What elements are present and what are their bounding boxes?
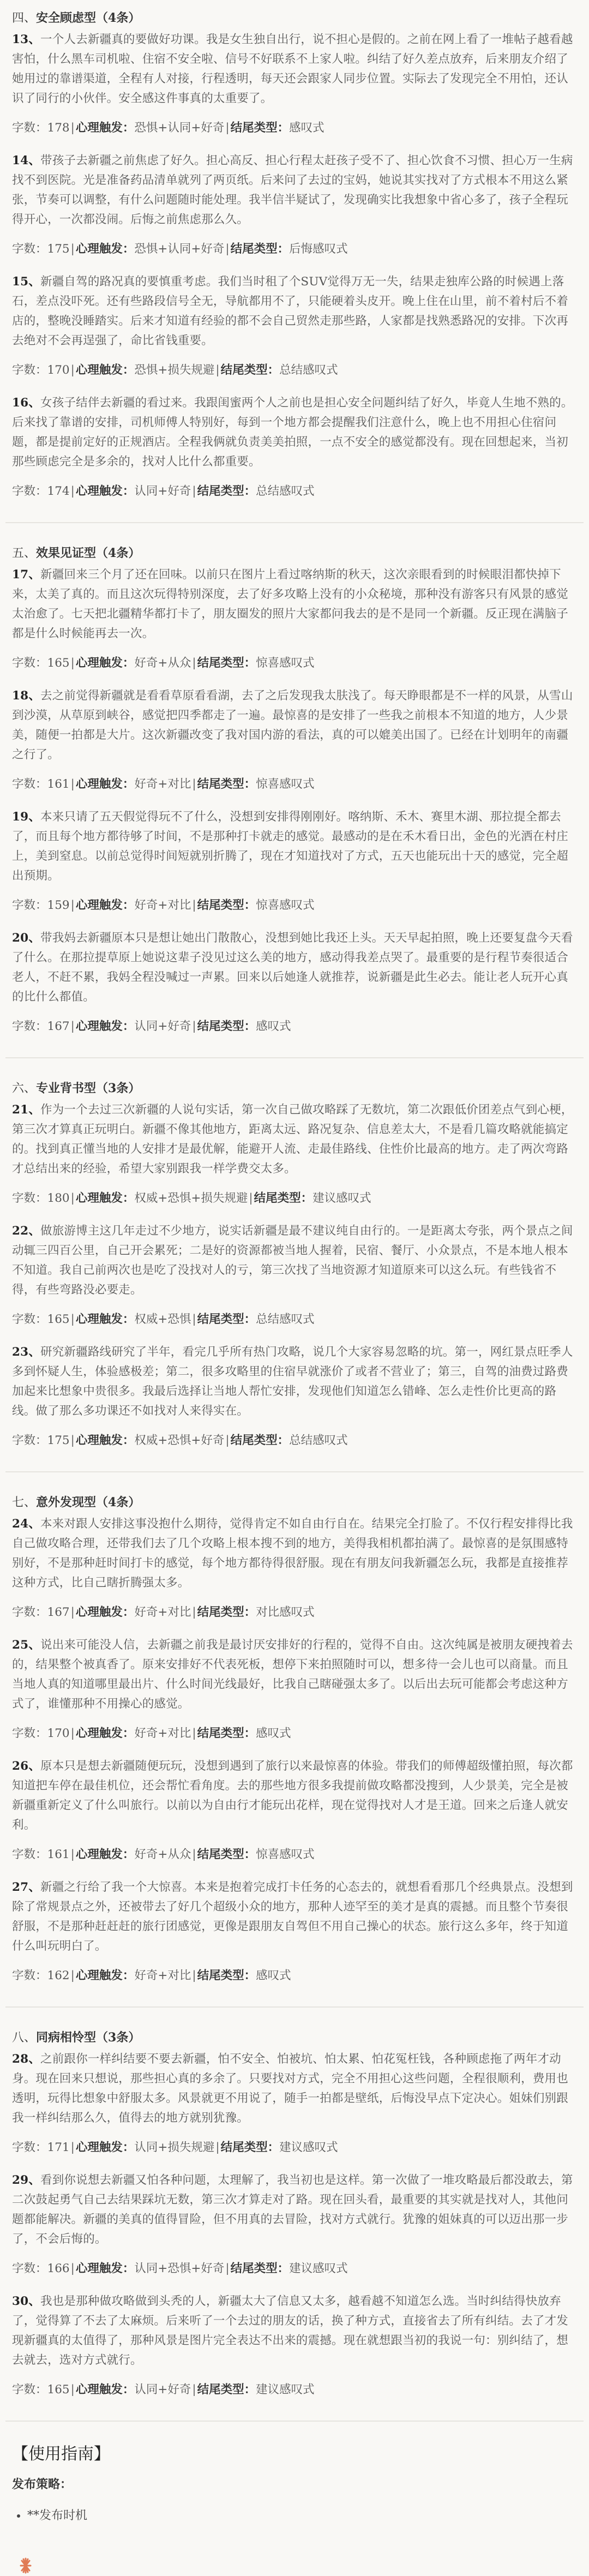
item-text: 作为一个去过三次新疆的人说句实话，第一次自己做攻略踩了无数坑，第二次跟低价团差点…: [12, 1103, 573, 1176]
item-body: 23、研究新疆路线研究了半年，看完几乎所有热门攻略，说几个大家容易忽略的坑。第一…: [12, 1343, 577, 1421]
item-body: 17、新疆回来三个月了还在回味。以前只在图片上看过喀纳斯的秋天，这次亲眼看到的时…: [12, 565, 577, 644]
word-count-label: 字数：: [12, 2141, 47, 2154]
trigger-value: 权威+恐惧+损失规避: [134, 1191, 248, 1205]
item-number: 21、: [12, 1103, 40, 1117]
ending-value: 后悔感叹式: [289, 242, 348, 256]
ending-value: 总结感叹式: [279, 363, 338, 377]
trigger-value: 好奇+对比: [134, 1605, 191, 1619]
copy-item: 16、女孩子结伴去新疆的看过来。我跟闺蜜两个人之前也是担心安全问题纠结了好久，毕…: [12, 393, 577, 501]
sparkle-icon: [20, 2557, 32, 2574]
item-text: 做旅游博主这几年走过不少地方，说实话新疆是最不建议纯自由行的。一是距离太夸张，两…: [12, 1224, 573, 1297]
item-meta: 字数：174|心理触发：认同+好奇|结尾类型：总结感叹式: [12, 482, 577, 501]
separator: |: [70, 2383, 76, 2397]
item-number: 28、: [12, 2052, 40, 2066]
trigger-label: 心理触发：: [76, 898, 135, 912]
item-text: 之前跟你一样纠结要不要去新疆，怕不安全、怕被坑、怕太累、怕花冤枉钱，各种顾虑拖了…: [12, 2052, 568, 2125]
separator: |: [191, 2383, 197, 2397]
item-number: 30、: [12, 2295, 40, 2308]
word-count-value: 165: [47, 2383, 70, 2397]
word-count-value: 167: [47, 1020, 70, 1033]
section-number: 七、: [12, 1496, 36, 1509]
trigger-value: 权威+恐惧: [134, 1313, 191, 1326]
item-text: 原本只是想去新疆随便玩玩，没想到遇到了旅行以来最惊喜的体验。带我们的师傅超级懂拍…: [12, 1759, 573, 1832]
item-text: 去之前觉得新疆就是看看草原看看湖，去了之后发现我太肤浅了。每天睁眼都是不一样的风…: [12, 689, 573, 762]
separator: |: [70, 363, 76, 377]
word-count-value: 162: [47, 1969, 70, 1982]
item-text: 说出来可能没人信，去新疆之前我是最讨厌安排好的行程的，觉得不自由。这次纯属是被朋…: [12, 1638, 573, 1711]
trigger-value: 认同+好奇: [134, 1020, 191, 1033]
ending-label: 结尾类型：: [231, 2262, 290, 2275]
item-text: 本来对跟人安排这事没抱什么期待，觉得肯定不如自由行自在。结果完全打脸了。不仅行程…: [12, 1517, 573, 1590]
section: 六、专业背书型（3条） 21、作为一个去过三次新疆的人说句实话，第一次自己做攻略…: [0, 1080, 589, 1451]
guide-title: 【使用指南】: [12, 2443, 577, 2465]
ending-label: 结尾类型：: [221, 363, 280, 377]
separator: |: [191, 898, 197, 912]
ending-label: 结尾类型：: [197, 656, 256, 670]
separator: |: [70, 1020, 76, 1033]
item-meta: 字数：161|心理触发：好奇+从众|结尾类型：惊喜感叹式: [12, 1845, 577, 1865]
separator: |: [70, 2141, 76, 2154]
word-count-value: 167: [47, 1605, 70, 1619]
word-count-label: 字数：: [12, 1434, 47, 1447]
item-number: 26、: [12, 1759, 40, 1773]
section: 八、同病相怜型（3条） 28、之前跟你一样纠结要不要去新疆，怕不安全、怕被坑、怕…: [0, 2029, 589, 2400]
section-number: 四、: [12, 11, 36, 25]
word-count-value: 170: [47, 363, 70, 377]
section-number: 五、: [12, 547, 36, 560]
item-text: 带孩子去新疆之前焦虑了好久。担心高反、担心行程太赶孩子受不了、担心饮食不习惯、担…: [12, 154, 573, 226]
separator: |: [70, 242, 76, 256]
item-number: 14、: [12, 154, 40, 167]
separator: |: [191, 1020, 197, 1033]
word-count-value: 165: [47, 656, 70, 670]
word-count-label: 字数：: [12, 898, 47, 912]
section-divider: [5, 2421, 584, 2422]
separator: |: [214, 2141, 220, 2154]
ending-label: 结尾类型：: [231, 1434, 290, 1447]
copy-item: 29、看到你说想去新疆又怕各种问题，太理解了，我当初也是这样。第一次做了一堆攻略…: [12, 2171, 577, 2279]
ending-value: 总结感叹式: [256, 484, 315, 498]
item-number: 20、: [12, 931, 40, 945]
word-count-label: 字数：: [12, 1191, 47, 1205]
trigger-value: 权威+恐惧+好奇: [134, 1434, 224, 1447]
guide-subtitle: 发布策略：: [12, 2475, 577, 2492]
item-meta: 字数：165|心理触发：认同+好奇|结尾类型：建议感叹式: [12, 2380, 577, 2400]
ending-label: 结尾类型：: [197, 1313, 256, 1326]
ending-label: 结尾类型：: [221, 2141, 280, 2154]
separator: |: [224, 121, 230, 135]
item-meta: 字数：167|心理触发：认同+好奇|结尾类型：感叹式: [12, 1017, 577, 1037]
word-count-label: 字数：: [12, 1969, 47, 1982]
item-text: 研究新疆路线研究了半年，看完几乎所有热门攻略，说几个大家容易忽略的坑。第一，网红…: [12, 1345, 573, 1418]
ending-value: 感叹式: [289, 121, 324, 135]
trigger-value: 好奇+从众: [134, 1848, 191, 1861]
section-divider: [5, 1471, 584, 1472]
trigger-value: 认同+损失规避: [134, 2141, 214, 2154]
word-count-value: 165: [47, 1313, 70, 1326]
section-number: 六、: [12, 1082, 36, 1095]
section: 四、安全顾虑型（4条） 13、一个人去新疆真的要做好功课。我是女生独自出行，说不…: [0, 10, 589, 501]
ending-value: 对比感叹式: [256, 1605, 315, 1619]
ending-value: 感叹式: [256, 1969, 291, 1982]
word-count-value: 161: [47, 1848, 70, 1861]
separator: |: [248, 1191, 254, 1205]
item-meta: 字数：170|心理触发：好奇+对比|结尾类型：感叹式: [12, 1724, 577, 1744]
ending-value: 惊喜感叹式: [256, 777, 315, 791]
item-number: 15、: [12, 275, 40, 289]
copy-item: 15、新疆自驾的路况真的要慎重考虑。我们当时租了个SUV觉得万无一失，结果走独库…: [12, 272, 577, 380]
ending-label: 结尾类型：: [197, 1848, 256, 1861]
word-count-value: 175: [47, 1434, 70, 1447]
separator: |: [224, 2262, 230, 2275]
ending-value: 建议感叹式: [256, 2383, 315, 2397]
trigger-label: 心理触发：: [76, 656, 135, 670]
copy-item: 22、做旅游博主这几年走过不少地方，说实话新疆是最不建议纯自由行的。一是距离太夸…: [12, 1221, 577, 1329]
usage-guide: 【使用指南】 发布策略： **发布时机: [0, 2443, 589, 2574]
item-meta: 字数：175|心理触发：权威+恐惧+好奇|结尾类型：总结感叹式: [12, 1431, 577, 1451]
word-count-label: 字数：: [12, 2262, 47, 2275]
ending-value: 感叹式: [256, 1727, 291, 1740]
guide-list: **发布时机: [12, 2506, 577, 2526]
separator: |: [191, 1313, 197, 1326]
separator: |: [224, 242, 230, 256]
item-number: 24、: [12, 1517, 40, 1531]
section-title: 八、同病相怜型（3条）: [12, 2029, 577, 2046]
section-title: 六、专业背书型（3条）: [12, 1080, 577, 1097]
separator: |: [191, 484, 197, 498]
ending-value: 总结感叹式: [289, 1434, 348, 1447]
ending-label: 结尾类型：: [197, 1020, 256, 1033]
word-count-value: 170: [47, 1727, 70, 1740]
word-count-label: 字数：: [12, 1020, 47, 1033]
separator: |: [70, 1727, 76, 1740]
trigger-label: 心理触发：: [76, 2141, 135, 2154]
copy-item: 18、去之前觉得新疆就是看看草原看看湖，去了之后发现我太肤浅了。每天睁眼都是不一…: [12, 686, 577, 794]
trigger-label: 心理触发：: [76, 484, 135, 498]
word-count-label: 字数：: [12, 656, 47, 670]
trigger-label: 心理触发：: [76, 1434, 135, 1447]
item-meta: 字数：180|心理触发：权威+恐惧+损失规避|结尾类型：建议感叹式: [12, 1189, 577, 1208]
ending-value: 感叹式: [256, 1020, 291, 1033]
copy-item: 17、新疆回来三个月了还在回味。以前只在图片上看过喀纳斯的秋天，这次亲眼看到的时…: [12, 565, 577, 673]
section-number: 八、: [12, 2031, 36, 2045]
item-body: 18、去之前觉得新疆就是看看草原看看湖，去了之后发现我太肤浅了。每天睁眼都是不一…: [12, 686, 577, 765]
item-number: 16、: [12, 396, 40, 410]
separator: |: [70, 1434, 76, 1447]
item-meta: 字数：165|心理触发：权威+恐惧|结尾类型：总结感叹式: [12, 1310, 577, 1329]
item-body: 15、新疆自驾的路况真的要慎重考虑。我们当时租了个SUV觉得万无一失，结果走独库…: [12, 272, 577, 351]
trigger-value: 恐惧+认同+好奇: [134, 121, 224, 135]
item-number: 13、: [12, 33, 40, 46]
item-text: 看到你说想去新疆又怕各种问题，太理解了，我当初也是这样。第一次做了一堆攻略最后都…: [12, 2173, 573, 2246]
word-count-value: 175: [47, 242, 70, 256]
item-body: 24、本来对跟人安排这事没抱什么期待，觉得肯定不如自由行自在。结果完全打脸了。不…: [12, 1514, 577, 1593]
item-meta: 字数：178|心理触发：恐惧+认同+好奇|结尾类型：感叹式: [12, 118, 577, 138]
copy-item: 20、带我妈去新疆原本只是想让她出门散散心，没想到她比我还上头。天天早起拍照，晚…: [12, 928, 577, 1037]
word-count-label: 字数：: [12, 2383, 47, 2397]
trigger-value: 认同+好奇: [134, 484, 191, 498]
word-count-value: 174: [47, 484, 70, 498]
separator: |: [191, 1848, 197, 1861]
item-meta: 字数：159|心理触发：好奇+对比|结尾类型：惊喜感叹式: [12, 896, 577, 915]
copy-item: 28、之前跟你一样纠结要不要去新疆，怕不安全、怕被坑、怕太累、怕花冤枉钱，各种顾…: [12, 2050, 577, 2158]
copy-item: 25、说出来可能没人信，去新疆之前我是最讨厌安排好的行程的，觉得不自由。这次纯属…: [12, 1636, 577, 1744]
item-meta: 字数：167|心理触发：好奇+对比|结尾类型：对比感叹式: [12, 1603, 577, 1622]
ending-label: 结尾类型：: [254, 1191, 313, 1205]
word-count-value: 178: [47, 121, 70, 135]
item-number: 17、: [12, 568, 40, 582]
separator: |: [70, 898, 76, 912]
separator: |: [70, 484, 76, 498]
item-body: 16、女孩子结伴去新疆的看过来。我跟闺蜜两个人之前也是担心安全问题纠结了好久，毕…: [12, 393, 577, 472]
item-text: 我也是那种做攻略做到头秃的人，新疆太大了信息又太多，越看越不知道怎么选。当时纠结…: [12, 2295, 568, 2367]
section-divider: [5, 522, 584, 523]
item-meta: 字数：166|心理触发：认同+恐惧+好奇|结尾类型：建议感叹式: [12, 2259, 577, 2279]
section-name: 同病相怜型（3条）: [36, 2030, 140, 2045]
item-text: 女孩子结伴去新疆的看过来。我跟闺蜜两个人之前也是担心安全问题纠结了好久，毕竟人生…: [12, 396, 573, 469]
word-count-label: 字数：: [12, 121, 47, 135]
ending-label: 结尾类型：: [231, 242, 290, 256]
trigger-label: 心理触发：: [76, 1020, 135, 1033]
item-number: 25、: [12, 1638, 40, 1652]
ending-value: 建议感叹式: [312, 1191, 371, 1205]
trigger-value: 好奇+对比: [134, 1969, 191, 1982]
trigger-value: 好奇+对比: [134, 1727, 191, 1740]
trigger-value: 恐惧+认同+好奇: [134, 242, 224, 256]
separator: |: [191, 1727, 197, 1740]
trigger-label: 心理触发：: [76, 2262, 135, 2275]
trigger-label: 心理触发：: [76, 1848, 135, 1861]
separator: |: [191, 1605, 197, 1619]
ending-label: 结尾类型：: [197, 1727, 256, 1740]
trigger-value: 好奇+对比: [134, 777, 191, 791]
item-body: 27、新疆之行给了我一个大惊喜。本来是抱着完成打卡任务的心态去的，就想看看那几个…: [12, 1878, 577, 1956]
item-body: 20、带我妈去新疆原本只是想让她出门散散心，没想到她比我还上头。天天早起拍照，晚…: [12, 928, 577, 1007]
item-body: 30、我也是那种做攻略做到头秃的人，新疆太大了信息又太多，越看越不知道怎么选。当…: [12, 2292, 577, 2370]
item-body: 28、之前跟你一样纠结要不要去新疆，怕不安全、怕被坑、怕太累、怕花冤枉钱，各种顾…: [12, 2050, 577, 2128]
word-count-value: 161: [47, 777, 70, 791]
item-body: 19、本来只请了五天假觉得玩不了什么，没想到安排得刚刚好。喀纳斯、禾木、赛里木湖…: [12, 807, 577, 886]
item-body: 22、做旅游博主这几年走过不少地方，说实话新疆是最不建议纯自由行的。一是距离太夸…: [12, 1221, 577, 1300]
trigger-label: 心理触发：: [76, 121, 135, 135]
section-title: 五、效果见证型（4条）: [12, 545, 577, 562]
separator: |: [70, 121, 76, 135]
item-body: 25、说出来可能没人信，去新疆之前我是最讨厌安排好的行程的，觉得不自由。这次纯属…: [12, 1636, 577, 1714]
item-body: 26、原本只是想去新疆随便玩玩，没想到遇到了旅行以来最惊喜的体验。带我们的师傅超…: [12, 1757, 577, 1835]
word-count-value: 180: [47, 1191, 70, 1205]
separator: |: [70, 1848, 76, 1861]
trigger-label: 心理触发：: [76, 1605, 135, 1619]
copy-item: 23、研究新疆路线研究了半年，看完几乎所有热门攻略，说几个大家容易忽略的坑。第一…: [12, 1343, 577, 1451]
copy-item: 26、原本只是想去新疆随便玩玩，没想到遇到了旅行以来最惊喜的体验。带我们的师傅超…: [12, 1757, 577, 1865]
trigger-value: 恐惧+损失规避: [134, 363, 214, 377]
word-count-label: 字数：: [12, 1727, 47, 1740]
ending-label: 结尾类型：: [197, 1605, 256, 1619]
item-number: 18、: [12, 689, 40, 703]
copy-item: 21、作为一个去过三次新疆的人说句实话，第一次自己做攻略踩了无数坑，第二次跟低价…: [12, 1100, 577, 1208]
separator: |: [70, 2262, 76, 2275]
item-number: 22、: [12, 1224, 40, 1238]
separator: |: [191, 777, 197, 791]
separator: |: [70, 1191, 76, 1205]
trigger-label: 心理触发：: [76, 777, 135, 791]
word-count-label: 字数：: [12, 1848, 47, 1861]
trigger-label: 心理触发：: [76, 1313, 135, 1326]
copy-item: 30、我也是那种做攻略做到头秃的人，新疆太大了信息又太多，越看越不知道怎么选。当…: [12, 2292, 577, 2400]
ending-label: 结尾类型：: [231, 121, 290, 135]
separator: |: [70, 1969, 76, 1982]
section-name: 效果见证型（4条）: [36, 546, 140, 560]
item-number: 23、: [12, 1345, 40, 1359]
trigger-value: 好奇+从众: [134, 656, 191, 670]
ending-value: 总结感叹式: [256, 1313, 315, 1326]
item-text: 新疆之行给了我一个大惊喜。本来是抱着完成打卡任务的心态去的，就想看看那几个经典景…: [12, 1880, 573, 1953]
word-count-label: 字数：: [12, 1313, 47, 1326]
item-text: 本来只请了五天假觉得玩不了什么，没想到安排得刚刚好。喀纳斯、禾木、赛里木湖、那拉…: [12, 810, 568, 883]
separator: |: [191, 1969, 197, 1982]
section-name: 安全顾虑型（4条）: [36, 11, 140, 25]
document: 四、安全顾虑型（4条） 13、一个人去新疆真的要做好功课。我是女生独自出行，说不…: [0, 0, 589, 2574]
separator: |: [224, 1434, 230, 1447]
separator: |: [191, 656, 197, 670]
copy-item: 14、带孩子去新疆之前焦虑了好久。担心高反、担心行程太赶孩子受不了、担心饮食不习…: [12, 151, 577, 259]
ending-label: 结尾类型：: [197, 777, 256, 791]
separator: |: [70, 1313, 76, 1326]
trigger-label: 心理触发：: [76, 1969, 135, 1982]
item-text: 新疆回来三个月了还在回味。以前只在图片上看过喀纳斯的秋天，这次亲眼看到的时候眼泪…: [12, 568, 568, 640]
item-meta: 字数：165|心理触发：好奇+从众|结尾类型：惊喜感叹式: [12, 654, 577, 673]
copy-item: 13、一个人去新疆真的要做好功课。我是女生独自出行，说不担心是假的。之前在网上看…: [12, 30, 577, 138]
trigger-label: 心理触发：: [76, 242, 135, 256]
guide-bullet: **发布时机: [27, 2506, 577, 2526]
separator: |: [70, 656, 76, 670]
word-count-label: 字数：: [12, 363, 47, 377]
word-count-value: 166: [47, 2262, 70, 2275]
ending-label: 结尾类型：: [197, 484, 256, 498]
trigger-value: 认同+好奇: [134, 2383, 191, 2397]
trigger-label: 心理触发：: [76, 1191, 135, 1205]
section-divider: [5, 2006, 584, 2008]
word-count-value: 171: [47, 2141, 70, 2154]
section-divider: [5, 1057, 584, 1058]
item-body: 29、看到你说想去新疆又怕各种问题，太理解了，我当初也是这样。第一次做了一堆攻略…: [12, 2171, 577, 2249]
copy-item: 27、新疆之行给了我一个大惊喜。本来是抱着完成打卡任务的心态去的，就想看看那几个…: [12, 1878, 577, 1986]
ending-value: 建议感叹式: [279, 2141, 338, 2154]
section: 五、效果见证型（4条） 17、新疆回来三个月了还在回味。以前只在图片上看过喀纳斯…: [0, 545, 589, 1037]
item-number: 27、: [12, 1880, 40, 1894]
section-name: 专业背书型（3条）: [36, 1081, 140, 1095]
ending-value: 惊喜感叹式: [256, 898, 315, 912]
ending-label: 结尾类型：: [197, 898, 256, 912]
item-meta: 字数：161|心理触发：好奇+对比|结尾类型：惊喜感叹式: [12, 775, 577, 794]
separator: |: [70, 777, 76, 791]
section: 七、意外发现型（4条） 24、本来对跟人安排这事没抱什么期待，觉得肯定不如自由行…: [0, 1494, 589, 1986]
separator: |: [214, 363, 220, 377]
word-count-label: 字数：: [12, 777, 47, 791]
word-count-value: 159: [47, 898, 70, 912]
copy-item: 19、本来只请了五天假觉得玩不了什么，没想到安排得刚刚好。喀纳斯、禾木、赛里木湖…: [12, 807, 577, 915]
trigger-value: 好奇+对比: [134, 898, 191, 912]
item-number: 29、: [12, 2173, 40, 2187]
trigger-value: 认同+恐惧+好奇: [134, 2262, 224, 2275]
item-meta: 字数：170|心理触发：恐惧+损失规避|结尾类型：总结感叹式: [12, 361, 577, 380]
word-count-label: 字数：: [12, 1605, 47, 1619]
ending-label: 结尾类型：: [197, 2383, 256, 2397]
separator: |: [70, 1605, 76, 1619]
ending-label: 结尾类型：: [197, 1969, 256, 1982]
ending-value: 建议感叹式: [289, 2262, 348, 2275]
item-meta: 字数：171|心理触发：认同+损失规避|结尾类型：建议感叹式: [12, 2138, 577, 2158]
trigger-label: 心理触发：: [76, 363, 135, 377]
item-text: 带我妈去新疆原本只是想让她出门散散心，没想到她比我还上头。天天早起拍照，晚上还要…: [12, 931, 573, 1004]
copy-item: 24、本来对跟人安排这事没抱什么期待，觉得肯定不如自由行自在。结果完全打脸了。不…: [12, 1514, 577, 1622]
trigger-label: 心理触发：: [76, 2383, 135, 2397]
item-number: 19、: [12, 810, 40, 824]
section-title: 七、意外发现型（4条）: [12, 1494, 577, 1511]
item-body: 21、作为一个去过三次新疆的人说句实话，第一次自己做攻略踩了无数坑，第二次跟低价…: [12, 1100, 577, 1179]
word-count-label: 字数：: [12, 242, 47, 256]
item-body: 14、带孩子去新疆之前焦虑了好久。担心高反、担心行程太赶孩子受不了、担心饮食不习…: [12, 151, 577, 230]
section-name: 意外发现型（4条）: [36, 1495, 140, 1509]
ending-value: 惊喜感叹式: [256, 656, 315, 670]
item-text: 一个人去新疆真的要做好功课。我是女生独自出行，说不担心是假的。之前在网上看了一堆…: [12, 33, 573, 105]
item-meta: 字数：175|心理触发：恐惧+认同+好奇|结尾类型：后悔感叹式: [12, 239, 577, 259]
item-meta: 字数：162|心理触发：好奇+对比|结尾类型：感叹式: [12, 1966, 577, 1986]
word-count-label: 字数：: [12, 484, 47, 498]
item-text: 新疆自驾的路况真的要慎重考虑。我们当时租了个SUV觉得万无一失，结果走独库公路的…: [12, 275, 568, 348]
item-body: 13、一个人去新疆真的要做好功课。我是女生独自出行，说不担心是假的。之前在网上看…: [12, 30, 577, 109]
trigger-label: 心理触发：: [76, 1727, 135, 1740]
section-title: 四、安全顾虑型（4条）: [12, 10, 577, 27]
ending-value: 惊喜感叹式: [256, 1848, 315, 1861]
